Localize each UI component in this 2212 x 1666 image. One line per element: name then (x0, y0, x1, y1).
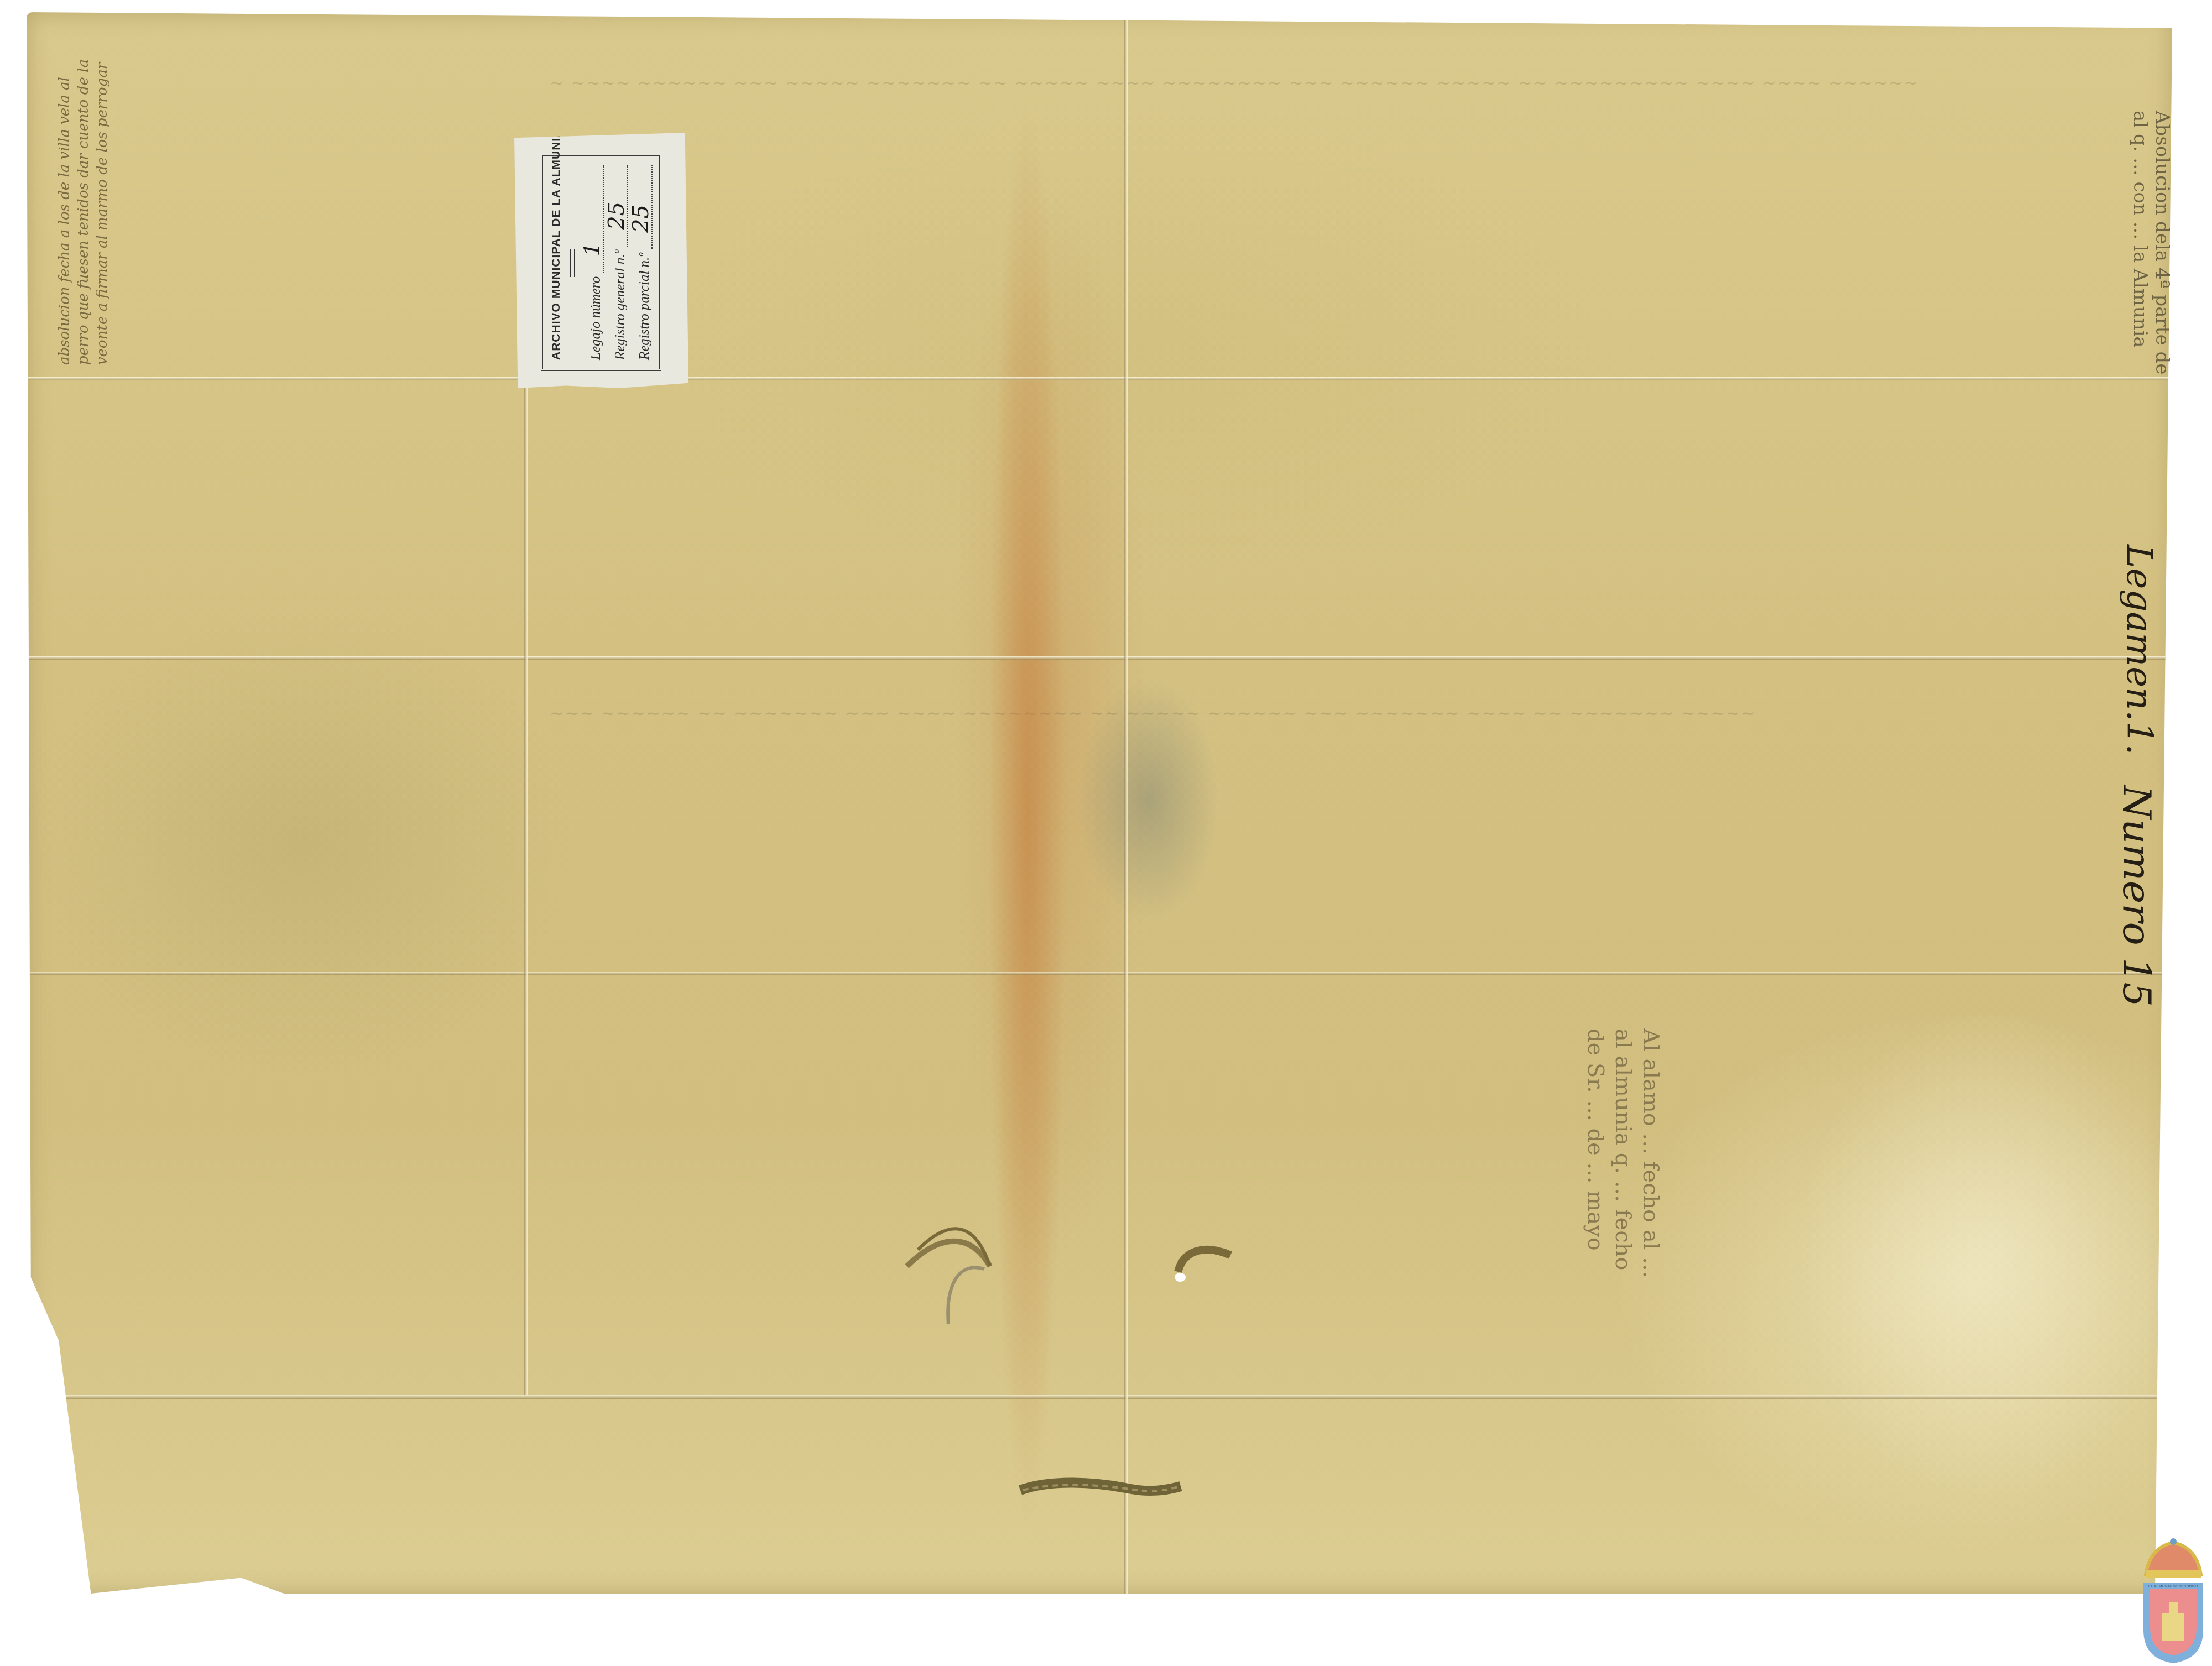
archive-label-frame: ARCHIVO MUNICIPAL DE LA ALMUNIA. Legajo … (541, 154, 661, 371)
parchment-sheet: ~ ~~~~ ~~~~~~ ~~~ ~~~~~ ~~~~~~~ ~~ ~~~~~… (27, 12, 2172, 1594)
margin-note-right-top-line-1: Absolucion dela 4ª parte de (2151, 111, 2173, 374)
legajo-label: Legajo número (588, 276, 604, 360)
archive-label-row-legajo: Legajo número 1 (580, 165, 604, 360)
seal-cord-left (896, 1205, 1040, 1327)
registro-general-label: Registro general n.º (613, 250, 628, 360)
archive-label-row-registro-general: Registro general n.º 25 (604, 165, 628, 360)
numero-text: Numero 15 (2114, 785, 2159, 1007)
coat-of-arms-icon: LA ALMUNIA DE Dª GODINA (2139, 1536, 2208, 1664)
lower-right-pale-area (1796, 1007, 2183, 1505)
legamen-inscription: Legamen.1. (2119, 545, 2159, 755)
fold-line-horizontal-plica (27, 1395, 2172, 1399)
bleed-through-text-upper: ~ ~~~~ ~~~~~~ ~~~ ~~~~~ ~~~~~~~ ~~ ~~~~~… (524, 45, 2100, 620)
gray-water-stain (1077, 676, 1221, 925)
seal-cord-bottom (1018, 1476, 1183, 1504)
registro-parcial-value: 25 (628, 205, 654, 233)
archive-label: ARCHIVO MUNICIPAL DE LA ALMUNIA. Legajo … (514, 133, 688, 388)
center-note-line-3: de Sr. ... de ... mayo (1582, 1028, 1609, 1278)
margin-note-left-line-3: veonte a firmar al marmo de los perrogar (93, 59, 112, 365)
center-note-line-2: al almunia q. ... fecho (1609, 1028, 1637, 1278)
fold-line-horizontal-2 (27, 656, 2172, 660)
legamen-text: Legamen.1. (2119, 545, 2159, 755)
fold-line-vertical-left (524, 366, 528, 1395)
margin-note-left-line-2: perro que fuesen tenidos dar cuento de l… (74, 59, 93, 365)
fold-line-vertical-center (1124, 12, 1128, 1594)
fold-line-horizontal-1 (27, 377, 2172, 380)
registro-parcial-label: Registro parcial n.º (637, 253, 653, 360)
archive-label-title: ARCHIVO MUNICIPAL DE LA ALMUNIA. (550, 165, 563, 360)
fold-line-horizontal-3 (27, 972, 2172, 975)
margin-note-right-top-line-2: al q. ... con ... la Almunia (2129, 111, 2151, 374)
margin-note-left: absolucion fecha a los de la villa vela … (55, 59, 112, 365)
coat-of-arms-inscription: LA ALMUNIA DE Dª GODINA (2148, 1584, 2199, 1589)
bleed-through-text-middle: ~~~ ~~~~~~ ~~ ~~~~~~~ ~~~ ~~~~ ~~~~~~~~ … (524, 676, 2100, 952)
registro-general-value: 25 (604, 202, 629, 230)
center-note-line-1: Al alamo ... fecho al ... (1637, 1028, 1665, 1278)
margin-note-left-line-1: absolucion fecha a los de la villa vela … (55, 59, 74, 365)
archive-label-row-registro-parcial: Registro parcial n.º 25 (628, 165, 653, 360)
margin-note-center-bottom: Al alamo ... fecho al ... al almunia q. … (1582, 1028, 1665, 1278)
legajo-value: 1 (580, 242, 605, 256)
seal-cord-right (1161, 1233, 1239, 1294)
numero-inscription: Numero 15 (2114, 785, 2159, 1007)
archive-label-rule (570, 249, 575, 277)
margin-note-right-top: Absolucion dela 4ª parte de al q. ... co… (2129, 111, 2173, 374)
